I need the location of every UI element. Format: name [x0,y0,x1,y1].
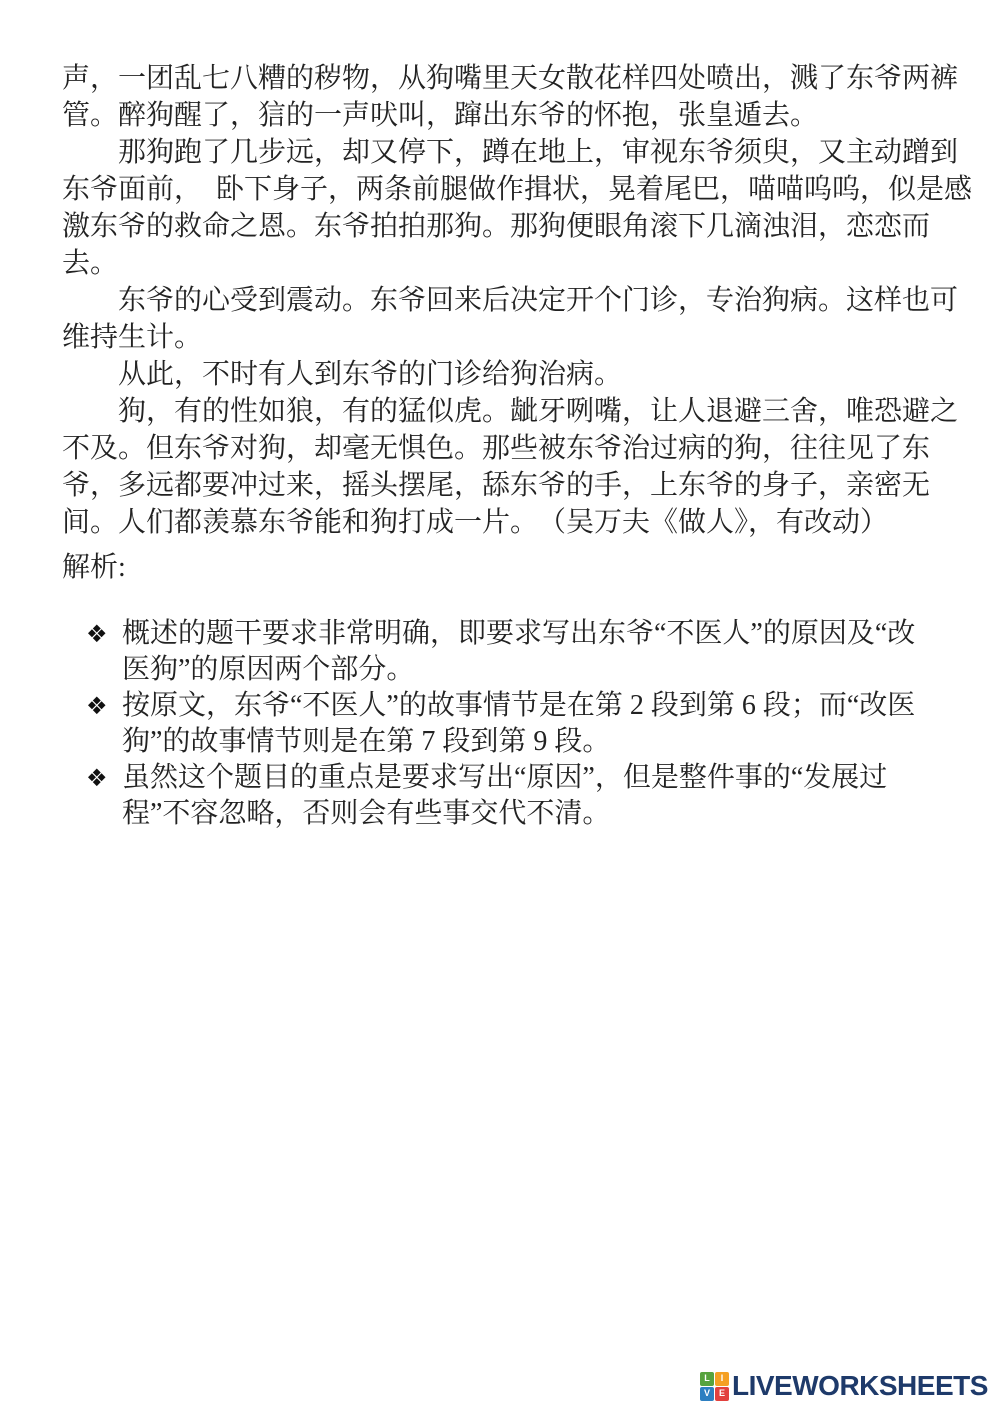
bullet-line: 医狗”的原因两个部分。 [122,652,952,688]
liveworksheets-wordmark: LIVEWORKSHEETS [732,1370,988,1402]
passage-line: 管。醉狗醒了，狺的一声吠叫，蹿出东爷的怀抱，张皇遁去。 [62,97,942,134]
passage-line: 东爷面前， 卧下身子，两条前腿做作揖状，晃着尾巴，喵喵呜呜，似是感 [62,171,942,208]
passage-line: 去。 [62,245,942,282]
analysis-bullet: ❖ 虽然这个题目的重点是要求写出“原因”，但是整件事的“发展过 程”不容忽略，否… [62,760,952,832]
analysis-bullet: ❖ 按原文，东爷“不医人”的故事情节是在第 2 段到第 6 段；而“改医 狗”的… [62,688,952,760]
logo-tile-v: V [700,1387,714,1401]
bullet-line: 按原文，东爷“不医人”的故事情节是在第 2 段到第 6 段；而“改医 [122,688,952,724]
passage-line: 激东爷的救命之恩。东爷拍拍那狗。那狗便眼角滚下几滴浊泪，恋恋而 [62,208,942,245]
logo-tile-i: I [715,1372,729,1386]
liveworksheets-logo[interactable]: L I V E LIVEWORKSHEETS [700,1368,988,1404]
bullet-line: 狗”的故事情节则是在第 7 段到第 9 段。 [122,724,952,760]
passage-line: 从此，不时有人到东爷的门诊给狗治病。 [62,356,942,393]
liveworksheets-tiles-icon: L I V E [700,1372,729,1401]
passage-line: 维持生计。 [62,319,942,356]
passage-line: 狗，有的性如狼，有的猛似虎。龇牙咧嘴，让人退避三舍，唯恐避之 [62,393,942,430]
diamond-bullet-icon: ❖ [86,760,118,796]
passage-line: 不及。但东爷对狗，却毫无惧色。那些被东爷治过病的狗，往往见了东 [62,430,942,467]
logo-tile-l: L [700,1372,714,1386]
diamond-bullet-icon: ❖ [86,616,118,652]
passage-line: 爷，多远都要冲过来，摇头摆尾，舔东爷的手，上东爷的身子，亲密无 [62,467,942,504]
logo-tile-e: E [715,1387,729,1401]
analysis-bullet-list: ❖ 概述的题干要求非常明确，即要求写出东爷“不医人”的原因及“改 医狗”的原因两… [62,616,952,832]
passage-line: 东爷的心受到震动。东爷回来后决定开个门诊，专治狗病。这样也可 [62,282,942,319]
bullet-line: 虽然这个题目的重点是要求写出“原因”，但是整件事的“发展过 [122,760,952,796]
bullet-line: 程”不容忽略，否则会有些事交代不清。 [122,796,952,832]
diamond-bullet-icon: ❖ [86,688,118,724]
passage-line: 那狗跑了几步远，却又停下，蹲在地上，审视东爷须臾，又主动蹭到 [62,134,942,171]
bullet-line: 概述的题干要求非常明确，即要求写出东爷“不医人”的原因及“改 [122,616,952,652]
analysis-heading: 解析: [62,549,126,586]
reading-passage: 声，一团乱七八糟的秽物，从狗嘴里天女散花样四处喷出，溅了东爷两裤 管。醉狗醒了，… [62,60,942,541]
passage-line: 间。人们都羡慕东爷能和狗打成一片。 （吴万夫《做人》，有改动） [62,504,942,541]
analysis-bullet: ❖ 概述的题干要求非常明确，即要求写出东爷“不医人”的原因及“改 医狗”的原因两… [62,616,952,688]
passage-line: 声，一团乱七八糟的秽物，从狗嘴里天女散花样四处喷出，溅了东爷两裤 [62,60,942,97]
